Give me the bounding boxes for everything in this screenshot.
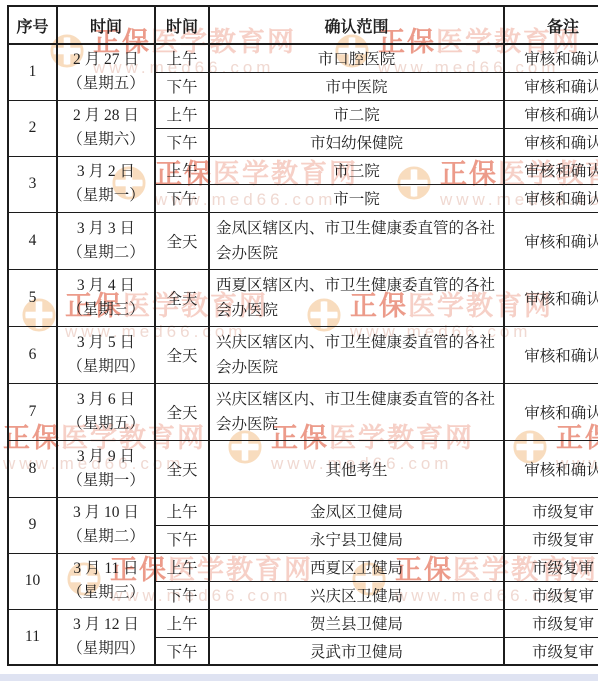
period-cell: 全天 — [155, 440, 209, 497]
weekday-text: （星期六） — [60, 128, 152, 152]
remark-cell: 市级复审 — [504, 581, 598, 609]
remark-cell: 审核和确认 — [504, 156, 598, 184]
period-cell: 下午 — [155, 128, 209, 156]
row-index-cell: 11 — [8, 609, 57, 665]
scope-cell: 兴庆区辖区内、市卫生健康委直管的各社会办医院 — [209, 326, 504, 383]
table-row: 63 月 5 日（星期四）全天兴庆区辖区内、市卫生健康委直管的各社会办医院审核和… — [8, 326, 598, 383]
table-row: 113 月 12 日（星期四）上午贺兰县卫健局市级复审 — [8, 609, 598, 637]
date-text: 3 月 3 日 — [60, 217, 152, 241]
remark-cell: 审核和确认 — [504, 184, 598, 212]
table-row: 103 月 11 日（星期三）上午西夏区卫健局市级复审 — [8, 553, 598, 581]
confirmation-schedule-table: 序号时间时间确认范围备注 12 月 27 日（星期五）上午市口腔医院审核和确认下… — [7, 5, 598, 666]
schedule-page: 正保医学教育网www.med66.com正保医学教育网www.med66.com… — [0, 0, 598, 681]
table-row: 22 月 28 日（星期六）上午市二院审核和确认 — [8, 100, 598, 128]
weekday-text: （星期五） — [60, 72, 152, 96]
table-row: 43 月 3 日（星期二）全天金凤区辖区内、市卫生健康委直管的各社会办医院审核和… — [8, 212, 598, 269]
date-cell: 3 月 2 日（星期一） — [57, 156, 155, 212]
remark-cell: 审核和确认 — [504, 128, 598, 156]
date-cell: 3 月 12 日（星期四） — [57, 609, 155, 665]
scope-cell: 市二院 — [209, 100, 504, 128]
remark-cell: 审核和确认 — [504, 269, 598, 326]
weekday-text: （星期四） — [60, 355, 152, 379]
remark-cell: 审核和确认 — [504, 212, 598, 269]
scope-cell: 市中医院 — [209, 72, 504, 100]
scope-cell: 市口腔医院 — [209, 44, 504, 72]
page-bottom-strip — [0, 674, 598, 681]
remark-cell: 审核和确认 — [504, 440, 598, 497]
scope-cell: 金凤区卫健局 — [209, 497, 504, 525]
date-text: 3 月 6 日 — [60, 388, 152, 412]
row-index-cell: 2 — [8, 100, 57, 156]
date-cell: 3 月 10 日（星期二） — [57, 497, 155, 553]
remark-cell: 审核和确认 — [504, 72, 598, 100]
period-cell: 上午 — [155, 609, 209, 637]
period-cell: 下午 — [155, 184, 209, 212]
scope-cell: 市妇幼保健院 — [209, 128, 504, 156]
scope-cell: 市三院 — [209, 156, 504, 184]
row-index-cell: 3 — [8, 156, 57, 212]
date-text: 3 月 2 日 — [60, 160, 152, 184]
scope-cell: 兴庆区辖区内、市卫生健康委直管的各社会办医院 — [209, 383, 504, 440]
weekday-text: （星期二） — [60, 241, 152, 265]
scope-cell: 西夏区卫健局 — [209, 553, 504, 581]
row-index-cell: 9 — [8, 497, 57, 553]
remark-cell: 审核和确认 — [504, 326, 598, 383]
date-text: 3 月 5 日 — [60, 331, 152, 355]
col-header-remark: 备注 — [504, 6, 598, 44]
period-cell: 下午 — [155, 637, 209, 665]
table-row: 53 月 4 日（星期三）全天西夏区辖区内、市卫生健康委直管的各社会办医院审核和… — [8, 269, 598, 326]
weekday-text: （星期三） — [60, 581, 152, 605]
date-cell: 2 月 28 日（星期六） — [57, 100, 155, 156]
scope-cell: 金凤区辖区内、市卫生健康委直管的各社会办医院 — [209, 212, 504, 269]
period-cell: 上午 — [155, 553, 209, 581]
scope-cell: 西夏区辖区内、市卫生健康委直管的各社会办医院 — [209, 269, 504, 326]
table-body: 12 月 27 日（星期五）上午市口腔医院审核和确认下午市中医院审核和确认22 … — [8, 44, 598, 665]
date-text: 3 月 4 日 — [60, 274, 152, 298]
weekday-text: （星期一） — [60, 469, 152, 493]
remark-cell: 审核和确认 — [504, 44, 598, 72]
remark-cell: 市级复审 — [504, 553, 598, 581]
table-row: 83 月 9 日（星期一）全天其他考生审核和确认 — [8, 440, 598, 497]
date-text: 3 月 12 日 — [60, 613, 152, 637]
remark-cell: 市级复审 — [504, 497, 598, 525]
col-header-index: 序号 — [8, 6, 57, 44]
table-row: 33 月 2 日（星期一）上午市三院审核和确认 — [8, 156, 598, 184]
row-index-cell: 1 — [8, 44, 57, 100]
scope-cell: 贺兰县卫健局 — [209, 609, 504, 637]
row-index-cell: 6 — [8, 326, 57, 383]
remark-cell: 市级复审 — [504, 637, 598, 665]
date-cell: 3 月 9 日（星期一） — [57, 440, 155, 497]
date-text: 2 月 28 日 — [60, 104, 152, 128]
scope-cell: 永宁县卫健局 — [209, 525, 504, 553]
period-cell: 上午 — [155, 497, 209, 525]
col-header-scope: 确认范围 — [209, 6, 504, 44]
table-header: 序号时间时间确认范围备注 — [8, 6, 598, 44]
col-header-period: 时间 — [155, 6, 209, 44]
date-cell: 3 月 4 日（星期三） — [57, 269, 155, 326]
period-cell: 上午 — [155, 100, 209, 128]
date-cell: 2 月 27 日（星期五） — [57, 44, 155, 100]
date-text: 2 月 27 日 — [60, 48, 152, 72]
col-header-date: 时间 — [57, 6, 155, 44]
remark-cell: 市级复审 — [504, 609, 598, 637]
weekday-text: （星期二） — [60, 525, 152, 549]
period-cell: 全天 — [155, 383, 209, 440]
remark-cell: 市级复审 — [504, 525, 598, 553]
period-cell: 全天 — [155, 326, 209, 383]
scope-cell: 市一院 — [209, 184, 504, 212]
period-cell: 下午 — [155, 72, 209, 100]
date-text: 3 月 9 日 — [60, 445, 152, 469]
period-cell: 全天 — [155, 212, 209, 269]
table-row: 73 月 6 日（星期五）全天兴庆区辖区内、市卫生健康委直管的各社会办医院审核和… — [8, 383, 598, 440]
row-index-cell: 4 — [8, 212, 57, 269]
period-cell: 上午 — [155, 44, 209, 72]
scope-cell: 灵武市卫健局 — [209, 637, 504, 665]
row-index-cell: 8 — [8, 440, 57, 497]
date-cell: 3 月 6 日（星期五） — [57, 383, 155, 440]
row-index-cell: 7 — [8, 383, 57, 440]
date-text: 3 月 10 日 — [60, 501, 152, 525]
period-cell: 下午 — [155, 581, 209, 609]
row-index-cell: 10 — [8, 553, 57, 609]
period-cell: 全天 — [155, 269, 209, 326]
scope-cell: 其他考生 — [209, 440, 504, 497]
weekday-text: （星期四） — [60, 637, 152, 661]
table-row: 12 月 27 日（星期五）上午市口腔医院审核和确认 — [8, 44, 598, 72]
remark-cell: 审核和确认 — [504, 383, 598, 440]
table-header-row: 序号时间时间确认范围备注 — [8, 6, 598, 44]
weekday-text: （星期五） — [60, 412, 152, 436]
date-cell: 3 月 11 日（星期三） — [57, 553, 155, 609]
period-cell: 上午 — [155, 156, 209, 184]
period-cell: 下午 — [155, 525, 209, 553]
remark-cell: 审核和确认 — [504, 100, 598, 128]
weekday-text: （星期三） — [60, 298, 152, 322]
row-index-cell: 5 — [8, 269, 57, 326]
scope-cell: 兴庆区卫健局 — [209, 581, 504, 609]
date-cell: 3 月 5 日（星期四） — [57, 326, 155, 383]
table-row: 93 月 10 日（星期二）上午金凤区卫健局市级复审 — [8, 497, 598, 525]
date-text: 3 月 11 日 — [60, 557, 152, 581]
weekday-text: （星期一） — [60, 184, 152, 208]
date-cell: 3 月 3 日（星期二） — [57, 212, 155, 269]
